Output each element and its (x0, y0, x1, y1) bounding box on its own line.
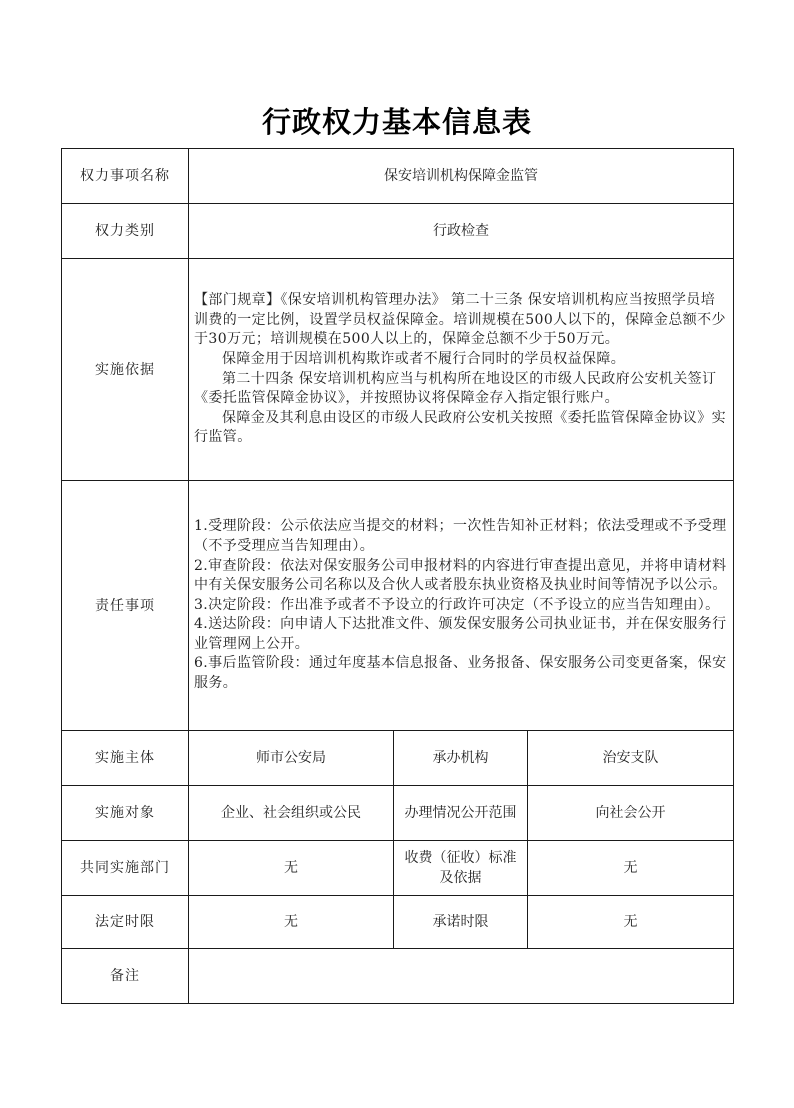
basis-paragraph: 保障金及其利息由设区的市级人民政府公安机关按照《委托监管保障金协议》实行监管。 (194, 409, 729, 448)
subject-label: 实施主体 (62, 731, 189, 786)
responsibility-item: 2.审查阶段：依法对保安服务公司申报材料的内容进行审查提出意见，并将申请材料中有… (194, 557, 729, 596)
responsibility-label: 责任事项 (62, 481, 189, 731)
power-name-value: 保安培训机构保障金监管 (189, 149, 734, 204)
handling-org-value: 治安支队 (528, 731, 734, 786)
responsibility-item: 4.送达阶段：向申请人下达批准文件、颁发保安服务公司执业证书，并在保安服务行业管… (194, 615, 729, 654)
row-basis: 实施依据 【部门规章】《保安培训机构管理办法》 第二十三条 保安培训机构应当按照… (62, 259, 734, 481)
target-value: 企业、社会组织或公民 (189, 786, 394, 841)
legal-deadline-label: 法定时限 (62, 896, 189, 949)
responsibility-item: 1.受理阶段：公示依法应当提交的材料；一次性告知补正材料；依法受理或不予受理（不… (194, 517, 729, 556)
fee-standard-label: 收费（征收）标准及依据 (394, 841, 528, 896)
power-category-label: 权力类别 (62, 204, 189, 259)
promised-deadline-label: 承诺时限 (394, 896, 528, 949)
responsibility-item: 3.决定阶段：作出准予或者不予设立的行政许可决定（不予设立的应当告知理由）。 (194, 596, 729, 616)
target-label: 实施对象 (62, 786, 189, 841)
row-responsibility: 责任事项 1.受理阶段：公示依法应当提交的材料；一次性告知补正材料；依法受理或不… (62, 481, 734, 731)
basis-paragraph: 保障金用于因培训机构欺诈或者不履行合同时的学员权益保障。 (194, 350, 729, 370)
promised-deadline-value: 无 (528, 896, 734, 949)
disclosure-scope-value: 向社会公开 (528, 786, 734, 841)
joint-dept-value: 无 (189, 841, 394, 896)
row-deadline: 法定时限 无 承诺时限 无 (62, 896, 734, 949)
page-title: 行政权力基本信息表 (0, 100, 794, 141)
row-power-category: 权力类别 行政检查 (62, 204, 734, 259)
responsibility-item: 6.事后监管阶段：通过年度基本信息报备、业务报备、保安服务公司变更备案，保安服务… (194, 654, 729, 693)
basis-paragraph: 第二十四条 保安培训机构应当与机构所在地设区的市级人民政府公安机关签订《委托监管… (194, 370, 729, 409)
row-remark: 备注 (62, 949, 734, 1004)
joint-dept-label: 共同实施部门 (62, 841, 189, 896)
info-table: 权力事项名称 保安培训机构保障金监管 权力类别 行政检查 实施依据 【部门规章】… (61, 148, 734, 1004)
row-subject: 实施主体 师市公安局 承办机构 治安支队 (62, 731, 734, 786)
basis-label: 实施依据 (62, 259, 189, 481)
row-joint: 共同实施部门 无 收费（征收）标准及依据 无 (62, 841, 734, 896)
remark-value (189, 949, 734, 1004)
legal-deadline-value: 无 (189, 896, 394, 949)
fee-standard-value: 无 (528, 841, 734, 896)
handling-org-label: 承办机构 (394, 731, 528, 786)
power-name-label: 权力事项名称 (62, 149, 189, 204)
row-target: 实施对象 企业、社会组织或公民 办理情况公开范围 向社会公开 (62, 786, 734, 841)
basis-content: 【部门规章】《保安培训机构管理办法》 第二十三条 保安培训机构应当按照学员培训费… (189, 259, 734, 481)
basis-paragraph: 【部门规章】《保安培训机构管理办法》 第二十三条 保安培训机构应当按照学员培训费… (194, 291, 729, 350)
row-power-name: 权力事项名称 保安培训机构保障金监管 (62, 149, 734, 204)
responsibility-content: 1.受理阶段：公示依法应当提交的材料；一次性告知补正材料；依法受理或不予受理（不… (189, 481, 734, 731)
remark-label: 备注 (62, 949, 189, 1004)
subject-value: 师市公安局 (189, 731, 394, 786)
power-category-value: 行政检查 (189, 204, 734, 259)
disclosure-scope-label: 办理情况公开范围 (394, 786, 528, 841)
